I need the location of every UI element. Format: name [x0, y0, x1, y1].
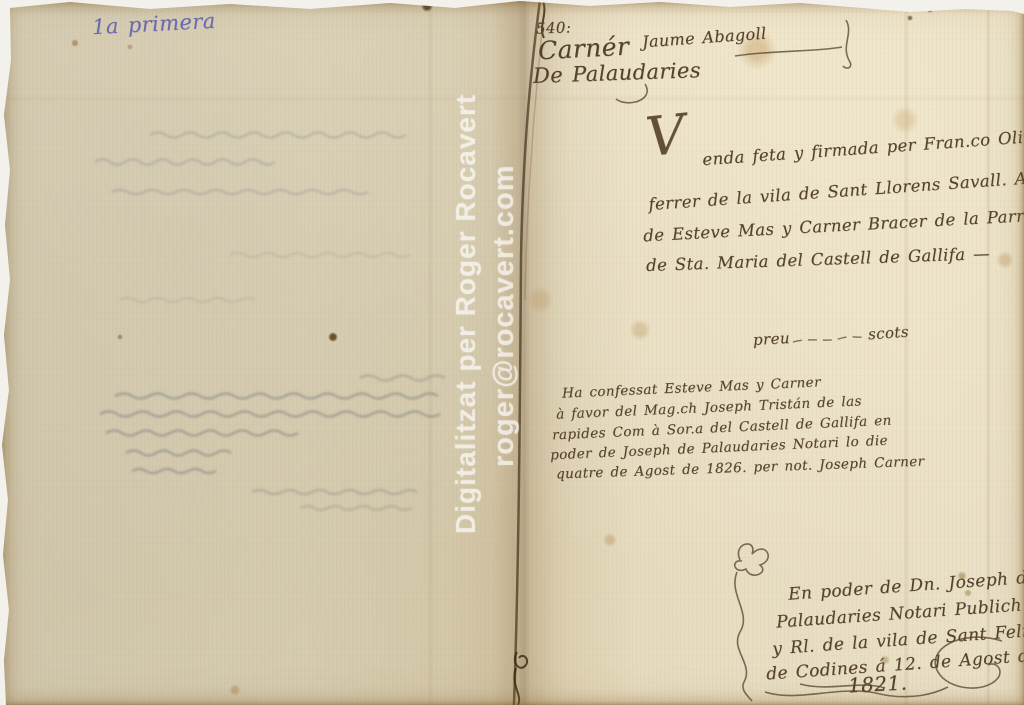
watermark-line2: roger@rocavert.com: [488, 152, 524, 467]
scanned-document: 1a primera 540: Carnér Jaume Abagoll De …: [0, 0, 1024, 705]
deed-line: de Esteve Mas y Carner Bracer de la Parr…: [643, 206, 1024, 246]
notary-year: 1821.: [847, 670, 907, 697]
ghost-lines-lower: [100, 376, 445, 511]
heading-given-name: Jaume Abagoll: [641, 24, 767, 52]
subheading-notary-name: De Palaudaries: [533, 58, 702, 88]
deed-line: enda feta y firmada per Fran.co Oliver: [702, 126, 1024, 169]
manuscript-paper: 1a primera 540: Carnér Jaume Abagoll De …: [0, 0, 1024, 705]
ghost-lines-upper: [95, 133, 410, 303]
price-label: preu: [753, 329, 791, 349]
paraph-wave-vertical: [735, 572, 752, 701]
price-value: scots: [867, 323, 909, 344]
deed-line: de Sta. Maria del Castell de Gallifa —: [646, 244, 991, 275]
deed-line: ferrer de la vila de Sant Llorens Savall…: [648, 165, 1024, 214]
watermark-line1: Digitalitzat per Roger Rocavert: [450, 84, 486, 534]
deed-initial: V: [643, 102, 689, 169]
paraph-knot: [735, 544, 768, 575]
archival-note: 1a primera: [91, 9, 216, 39]
